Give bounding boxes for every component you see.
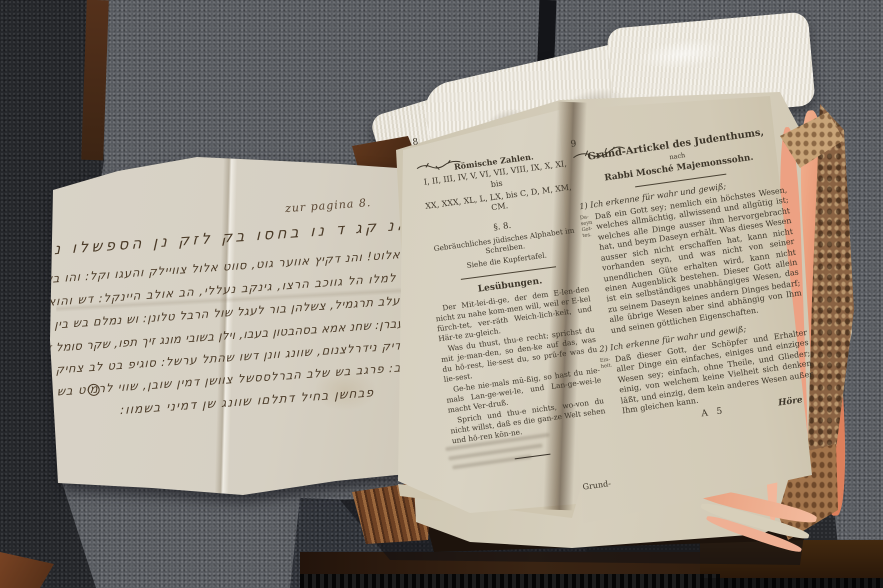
article-1-body: Daß ein Gott sey; nemlich ein höchstes W… [594, 185, 804, 336]
signature-mark: A 5 [701, 406, 726, 419]
divider-rule-small [515, 453, 551, 459]
foldout-content: zur pagina 8. אנ קג ד נו בחסו בק לזק נן … [46, 135, 440, 510]
photo-scene: zur pagina 8. אנ קג ד נו בחסו בק לזק נן … [0, 0, 883, 588]
foldout-caption: zur pagina 8. [285, 196, 372, 215]
article-1-block: Da- seyn Got- tes. Daß ein Gott sey; nem… [594, 185, 804, 336]
catchword: Grund- [459, 478, 615, 507]
margin-note: Ein- heit. [600, 356, 614, 370]
margin-note: Da- seyn Got- tes. [580, 214, 595, 239]
